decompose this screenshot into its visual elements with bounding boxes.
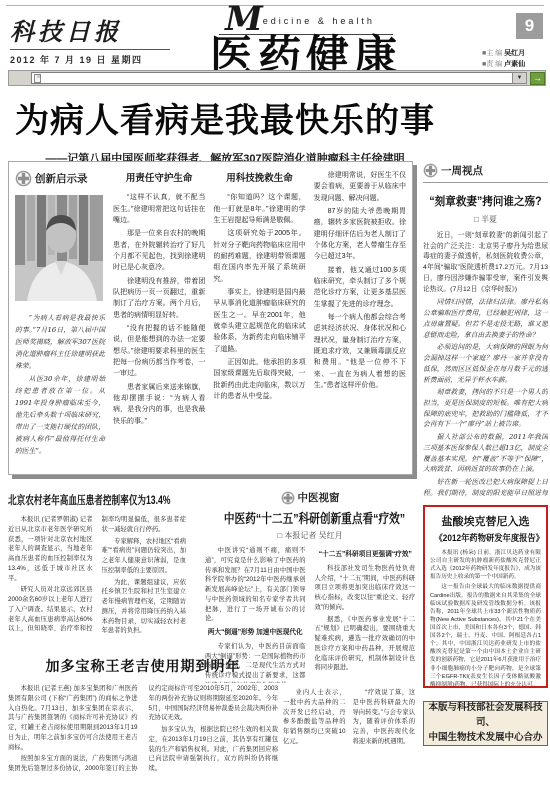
- paragraph: “这样不认真，就不配当医生。”徐建明常把这句话挂在嘴边。: [113, 192, 205, 226]
- medical-cross-icon: [15, 170, 32, 187]
- paragraph: 本报讯 (记者罗朝淑) 记者近日从北京市老年医学研究所获悉，一项针对北京农村地区…: [8, 515, 93, 583]
- issue-date: 2012 年 7 月 19 日 星期四: [10, 53, 178, 66]
- week-view-label: 一周视点: [441, 163, 483, 178]
- column-1-text: “这样不认真，就不配当医生。”徐建明常把这句话挂在嘴边。那是一位来自农村的晚期患…: [113, 192, 205, 427]
- paragraph: 据人社部公布的数据，2011年我国三项基本医保参保人数已超13亿，制度全覆盖基本…: [423, 432, 548, 475]
- paragraph: 好在新一轮医改已把大病保障提上日程。我们期待，制度的阳光能早日照进每一个“廖丹”…: [423, 477, 548, 500]
- lead-article-column-1: 用责任守护生命 “这样不认真，就不配当医生。”徐建明常把这句话挂在嘴边。那是一位…: [113, 170, 205, 466]
- section-name-english: Medicine & health: [219, 6, 393, 35]
- paragraph: 据悉，《中医药事业发展“十二五”规划》已明确提出，要围绕重大疑难疾病，遴选一批疗…: [315, 615, 416, 674]
- beijing-article-title: 北京农村老年高血压患者控制率仅为13.4%: [8, 492, 142, 508]
- paragraph: “你知道吗？这个课题，他一盯就是8年。”徐建明的学生王岩提起导师满是敬佩。: [213, 192, 305, 226]
- document-icon: [34, 74, 41, 83]
- page-select[interactable]: [31, 72, 512, 84]
- paragraph: 徐建明没有推辞，带着团队把病历一页一页翻过，重新制订了治疗方案。两个月后，患者的…: [113, 276, 205, 321]
- paragraph: 加多宝认为，根据法院已经生效的相关裁定，在2013年1月19日之前，其仍享有红罐…: [149, 725, 279, 774]
- paragraph: 这项研究始于2005年。针对分子靶向药物临床应用中的耐药难题，徐建明带领课题组在…: [213, 228, 305, 285]
- paragraph: 87岁的陆大爷患晚期胃癌，辗转多家医院被拒收。徐建明仔细评估后为老人制订了个体化…: [314, 206, 406, 263]
- paragraph: 必须追问的是，大病保障的网眼为何会漏掉这样一个家庭？廖丹一家并非没有低保，然而区…: [423, 342, 548, 385]
- drug-box-title-line1: 盐酸埃克替尼入选: [430, 513, 541, 529]
- masthead-rule: [10, 49, 170, 50]
- paragraph: 为此，课题组建议，应依托乡镇卫生院和村卫生室建立老年慢病管理档案，定期随访测压，…: [102, 578, 187, 637]
- paragraph: “疗效说了算，这是中医药科研最大的导向转变。”与会专家认为，随着评价体系的完善，…: [353, 688, 416, 747]
- photo-caption: “为病人看病是我最快乐的事。”7月16日，第八届中国医师奖揭晓，解放军307医院…: [15, 313, 105, 458]
- co-organizer-line2: 中国生物技术发展中心合办: [424, 731, 547, 746]
- tcm-article: 中医视窗 中医药“十二五”科研创新重点看“疗效” □ 本报记者 吴红月 中医讲究…: [205, 490, 415, 683]
- week-view-lead-text: 近日，一则“刻章救妻”的新闻引起了社会的广泛关注：北京男子廖丹为给患尿毒症的妻子…: [423, 231, 548, 295]
- week-view-column: 一周视点 “刻章救妻”拷问谁之殇? □ 半夏 近日，一则“刻章救妻”的新闻引起了…: [423, 163, 548, 500]
- paragraph: 患者家属后来送来锦旗，他却摆摆手说：“为病人看病，是我分内的事，也是我最快乐的事…: [113, 382, 205, 427]
- paragraph: 徐建明常说，好医生不仅要会看病，更要善于从临床中发现问题、解决问题。: [314, 170, 406, 204]
- paragraph: 科技部社发司生物医药处负责人介绍，“十二五”期间，中医药科研项目立项将更加突出临…: [315, 564, 416, 613]
- paragraph: 近日，一则“刻章救妻”的新闻引起了社会的广泛关注：北京男子廖丹为给患尿毒症的妻子…: [423, 231, 548, 295]
- paragraph: 业内人士表示，一批中药大品种的二次开发已经启动，丹参多酚酸盐等品种的年销售额均已…: [283, 688, 346, 747]
- co-organizer-line1: 本版与科技部社会发展科技司、: [424, 701, 547, 730]
- paragraph: 每一个病人他都会综合考虑其经济状况、身体状况和心理状况，量身制订治疗方案，既追求…: [314, 312, 406, 391]
- co-organizer-box: 本版与科技部社会发展科技司、 中国生物技术发展中心合办: [423, 701, 548, 746]
- week-view-title: “刻章救妻”拷问谁之殇?: [428, 193, 543, 209]
- page-number-badge: 9: [516, 13, 543, 39]
- paragraph: 正因如此，他承担的多项国家级课题先后取得突破，一批新药由此走向临床，数以万计的患…: [213, 357, 305, 402]
- beijing-article-body: 本报讯 (记者罗朝淑) 记者近日从北京市老年医学研究所获悉，一项针对北京农村地区…: [8, 515, 186, 653]
- newspaper-name: 科技日报: [10, 12, 178, 47]
- newspaper-page: 科技日报 2012 年 7 月 19 日 星期四 Medicine & heal…: [0, 0, 550, 785]
- chief-editor-line: ■主 编 吴红月: [482, 49, 548, 60]
- tcm-article-byline: □ 本报记者 吴红月: [205, 530, 415, 541]
- jdb-article-title: 加多宝称王老吉使用期到明年: [8, 656, 278, 676]
- column-badge-label: 创新启示录: [35, 171, 88, 186]
- editor-credits: ■主 编 吴红月 ■责 编 卢素仙: [482, 49, 548, 70]
- lead-article-title: 为病人看病是我最快乐的事: [10, 93, 440, 142]
- jdb-article: 加多宝称王老吉使用期到明年 本报讯 (记者王燕) 加多宝集团和广州医药集团有限公…: [8, 656, 278, 782]
- section-header: Medicine & health 医药健康: [175, 6, 437, 79]
- tcm-badge: 中医视窗: [205, 490, 415, 505]
- paragraph: 中医讲究“通则不痛，痛则不通”，可究竟是什么影响了中医药的传承和发展？在7月11…: [205, 546, 306, 624]
- page-navigation-bar: ▼ →: [8, 70, 546, 86]
- masthead: 科技日报 2012 年 7 月 19 日 星期四: [10, 12, 178, 66]
- paragraph: 接着，他又通过100多项临床研究，牵头制订了多个规范化诊疗方案，让更多基层医生掌…: [314, 265, 406, 310]
- lead-article-column-3: 徐建明常说，好医生不仅要会看病，更要善于从临床中发现问题、解决问题。87岁的陆大…: [314, 170, 406, 466]
- paragraph: “没有把握的话不能随便说，但是能想到的办法一定要想尽。”徐建明要求科里的医生把每…: [113, 323, 205, 380]
- paragraph: 这一报告由全球最大的临床数据提供商Cardine出版，报告的数据来自其采集的全球…: [430, 583, 541, 688]
- column-badge: 创新启示录: [15, 170, 105, 187]
- tcm-subhead-modernization: 两大“倒逼”形势 加速中医现代化: [208, 628, 303, 639]
- week-view-commentary-text: 同情归同情，法律归法律。廖丹私刻公章骗取医疗费用，已经触犯刑律，这一点毋庸置疑。…: [423, 297, 548, 500]
- subhead-responsibility: 用责任守护生命: [113, 171, 205, 186]
- column-2-text: “你知道吗？这个课题，他一盯就是8年。”徐建明的学生王岩提起导师满是敬佩。这项研…: [213, 192, 305, 402]
- tcm-article-continuation: 业内人士表示，一批中药大品种的二次开发已经启动，丹参多酚酸盐等品种的年销售额均已…: [283, 688, 415, 782]
- paragraph: 事实上，徐建明是国内最早从事消化道肿瘤临床研究的医生之一。早在2001年，他就牵…: [213, 287, 305, 355]
- week-view-badge: 一周视点: [423, 163, 548, 183]
- tcm-article-title: 中医药“十二五”科研创新重点看“疗效”: [224, 508, 396, 527]
- tcm-continuation-left: 业内人士表示，一批中药大品种的二次开发已经启动，丹参多酚酸盐等品种的年销售额均已…: [283, 688, 346, 782]
- tcm-subhead-efficacy: “十二五”科研项目更强调“疗效”: [317, 550, 412, 561]
- subhead-science: 用科技挽救生命: [213, 171, 305, 186]
- section-english-rest: edicine & health: [263, 16, 375, 26]
- lead-article-column-2: 用科技挽救生命 “你知道吗？这个课题，他一盯就是8年。”徐建明的学生王岩提起导师…: [213, 170, 305, 466]
- paragraph: 那是一位来自农村的晚期患者，在外院辗转治疗了好几个月都不见起色，找到徐建明时已是…: [113, 228, 205, 273]
- dropdown-arrow-button[interactable]: ▼: [512, 72, 527, 84]
- drug-box-title-line2: 《2012年药物研发年度报告》: [434, 531, 536, 544]
- tcm-left-intro: 中医讲究“通则不痛，痛则不通”，可究竟是什么影响了中医药的传承和发展？在7月11…: [205, 546, 306, 624]
- paragraph: “为病人看病是我最快乐的事。”7月16日，第八届中国医师奖揭晓，解放军307医院…: [15, 313, 105, 372]
- paragraph: 专家解释，农村地区“看病难”“看病贵”问题仍较突出，加之老年人健康意识薄弱，是血…: [102, 537, 187, 576]
- tcm-column-right: “十二五”科研项目更强调“疗效” 科技部社发司生物医药处负责人介绍，“十二五”期…: [315, 546, 416, 683]
- jdb-article-body: 本报讯 (记者王燕) 加多宝集团和广州医药集团有限公司 (下称“广药集团”) 的…: [8, 684, 278, 782]
- medical-cross-icon: [281, 491, 295, 505]
- duty-editor-line: ■责 编 卢素仙: [482, 60, 548, 71]
- doctor-portrait-photo: [15, 195, 103, 301]
- paragraph: 从医30余年，徐建明始终把患者放在第一位。从1991年投身肿瘤临床至今，他先后牵…: [15, 374, 105, 457]
- tcm-badge-label: 中医视窗: [298, 490, 340, 505]
- medical-cross-icon: [423, 163, 438, 178]
- paragraph: 同情归同情，法律归法律。廖丹私刻公章骗取医疗费用，已经触犯刑律，这一点毋庸置疑。…: [423, 297, 548, 340]
- navbar-spacer: [9, 71, 31, 85]
- go-button[interactable]: →: [530, 72, 545, 85]
- drug-box-body: 本报讯 (杨朵) 日前，浙江贝达药业有限公司自主研发的抗肿瘤新药盐酸埃克替尼正式…: [430, 549, 541, 688]
- paragraph: 本报讯 (杨朵) 日前，浙江贝达药业有限公司自主研发的抗肿瘤新药盐酸埃克替尼正式…: [430, 549, 541, 581]
- lead-article-left-rail: 创新启示录 “为病人看病是我最快乐的事。”7月16日，第八届中国医师奖揭晓，解放…: [15, 170, 105, 466]
- lead-article-box: 创新启示录 “为病人看病是我最快乐的事。”7月16日，第八届中国医师奖揭晓，解放…: [8, 161, 413, 475]
- week-view-byline: □ 半夏: [423, 214, 548, 225]
- paragraph: 本报讯 (记者王燕) 加多宝集团和广州医药集团有限公司 (下称“广药集团”) 的…: [8, 684, 138, 752]
- tcm-right-text: 科技部社发司生物医药处负责人介绍，“十二五”期间，中医药科研项目立项将更加突出临…: [315, 564, 416, 673]
- paragraph: 刻章救妻，拷问的不只是一个男人的担当，更是医保制度的短板。唯有把大病保障的底兜牢…: [423, 387, 548, 430]
- drug-news-box: 盐酸埃克替尼入选 《2012年药物研发年度报告》 本报讯 (杨朵) 日前，浙江贝…: [423, 505, 548, 688]
- tcm-continuation-right: “疗效说了算，这是中医药科研最大的导向转变。”与会专家认为，随着评价体系的完善，…: [353, 688, 416, 782]
- column-3-text: 徐建明常说，好医生不仅要会看病，更要善于从临床中发现问题、解决问题。87岁的陆大…: [314, 170, 406, 391]
- beijing-article: 北京农村老年高血压患者控制率仅为13.4% 本报讯 (记者罗朝淑) 记者近日从北…: [8, 492, 186, 653]
